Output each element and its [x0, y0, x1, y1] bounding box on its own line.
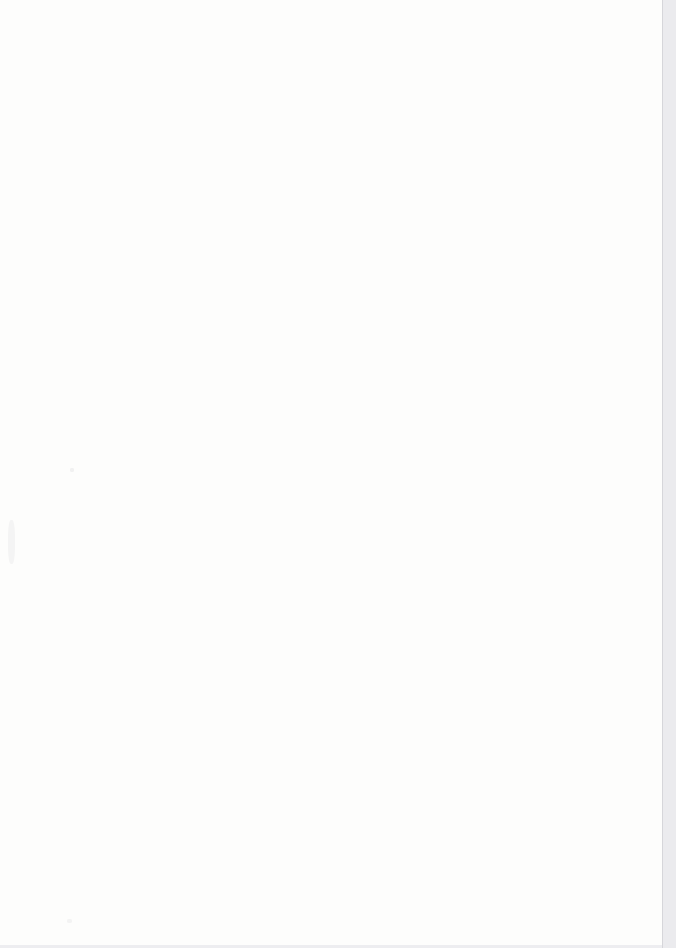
scan-smudge — [8, 520, 15, 564]
scan-edge-right — [662, 0, 676, 948]
scan-smudge — [70, 468, 74, 472]
scan-smudge — [67, 919, 72, 923]
scanned-page — [0, 0, 676, 948]
